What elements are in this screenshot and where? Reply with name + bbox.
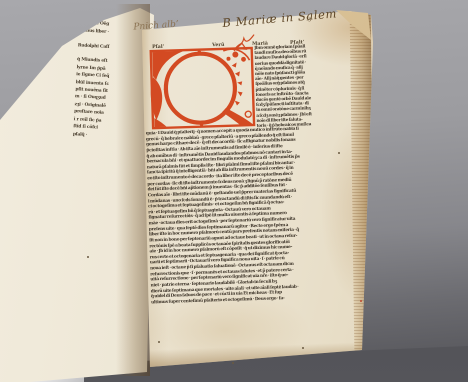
- book-photo: mam bñimauerus ae Oēgulimus liber · Rudo…: [0, 0, 468, 382]
- woodcut-initial-q-icon: [147, 44, 258, 132]
- foxing-speck: [158, 341, 160, 343]
- handwritten-inscription-left: Pnich alb’: [133, 20, 179, 33]
- foxing-speck: [232, 362, 234, 364]
- handwritten-inscription-right: B Mariæ in Salem: [222, 6, 338, 30]
- printed-content: Pnich alb’ B Mariæ in Salem ſʒ Pſal’ Ver…: [0, 0, 468, 382]
- foxing-speck: [302, 347, 304, 349]
- column-text-block: Jbm omnē gloriam ſpūalitandi muſica deo …: [254, 43, 318, 129]
- marginal-mark: ſʒ: [306, 16, 311, 22]
- body-text-block: quia · I Dauid q̄ pſalterij · q̄ nomen a…: [146, 126, 323, 307]
- foxing-speck: [338, 152, 340, 154]
- red-speck: [360, 300, 362, 302]
- foxing-speck: [87, 256, 89, 258]
